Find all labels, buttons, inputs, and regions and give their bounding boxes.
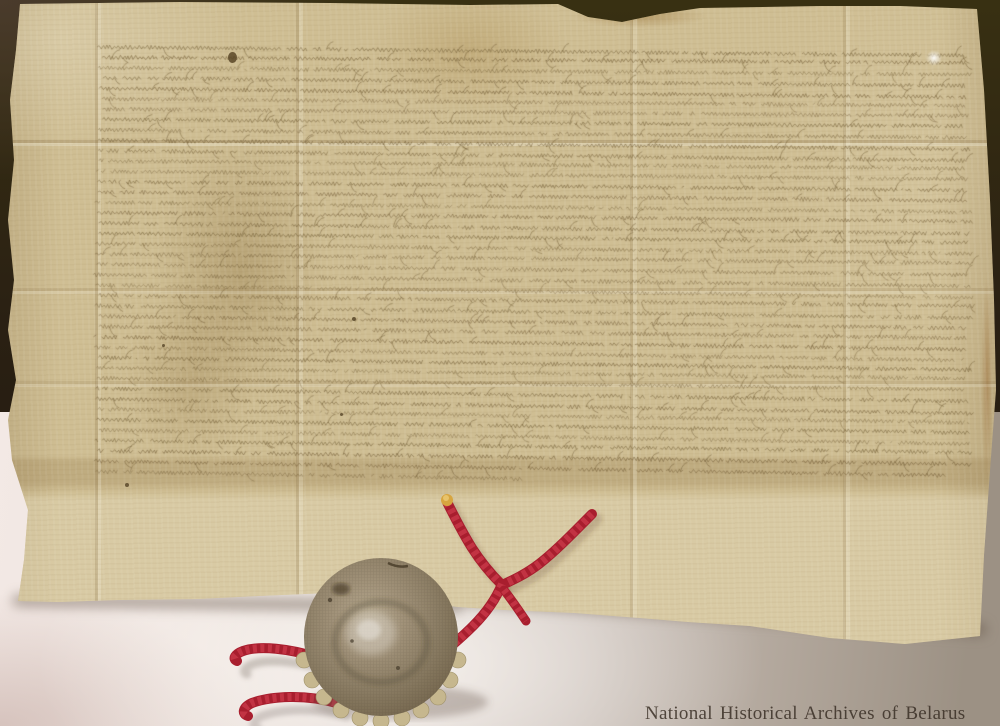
ink-speck <box>340 413 343 416</box>
ink-speck <box>352 317 356 321</box>
watermark-text: National Historical Archives of Belarus <box>645 704 1000 724</box>
ink-speck <box>125 483 129 487</box>
ink-speck <box>162 344 165 347</box>
manuscript-text <box>0 0 1000 520</box>
highlight-spot <box>926 50 942 66</box>
parchment-hole <box>228 52 237 63</box>
archival-photograph: National Historical Archives of Belarus <box>0 0 1000 726</box>
